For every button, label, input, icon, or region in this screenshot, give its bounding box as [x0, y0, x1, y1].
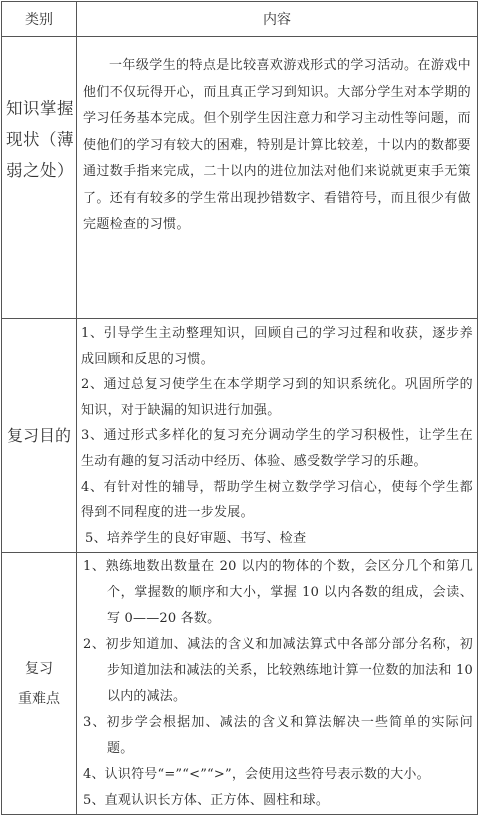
content-key-points: 1、熟练地数出数量在 20 以内的物体的个数，会区分几个和第几个，掌握数的顺序和… [77, 553, 478, 735]
header-content: 内容 [77, 2, 478, 37]
purpose-item-4: 4、有针对性的辅导，帮助学生树立数学学习信心，使每个学生都得到不同程度的进一步发… [77, 475, 477, 526]
content-knowledge-status: 一年级学生的特点是比较喜欢游戏形式的学习活动。在游戏中他们不仅玩得开心，而且真正… [77, 37, 478, 319]
review-plan-table: 类别 内容 知识掌握现状（薄弱之处） 一年级学生的特点是比较喜欢游戏形式的学习活… [1, 1, 478, 734]
category-key-points-line1: 复习 [2, 654, 76, 684]
category-knowledge-status: 知识掌握现状（薄弱之处） [2, 37, 77, 319]
key-point-item-3: 3、初步学会根据加、减法的含义和算法解决一些简单的实际问题。 [77, 710, 477, 734]
table-row-key-points: 复习 重难点 1、熟练地数出数量在 20 以内的物体的个数，会区分几个和第几个，… [2, 553, 478, 735]
knowledge-status-paragraph: 一年级学生的特点是比较喜欢游戏形式的学习活动。在游戏中他们不仅玩得开心，而且真正… [77, 53, 477, 239]
purpose-item-2: 2、通过总复习使学生在本学期学习到的知识系统化。巩固所学的知识，对于缺漏的知识进… [77, 372, 477, 423]
key-point-item-2: 2、初步知道加、减法的含义和加减法算式中各部分部分名称，初步知道加法和减法的关系… [77, 632, 477, 710]
category-key-points: 复习 重难点 [2, 553, 77, 735]
table-header-row: 类别 内容 [2, 2, 478, 37]
purpose-item-5: 5、培养学生的良好审题、书写、检查 [77, 526, 477, 552]
table-row-knowledge-status: 知识掌握现状（薄弱之处） 一年级学生的特点是比较喜欢游戏形式的学习活动。在游戏中… [2, 37, 478, 319]
content-review-purpose: 1、引导学生主动整理知识，回顾自己的学习过程和收获，逐步养成回顾和反思的习惯。 … [77, 319, 478, 553]
header-category: 类别 [2, 2, 77, 37]
purpose-item-3: 3、通过形式多样化的复习充分调动学生的学习积极性，让学生在生动有趣的复习活动中经… [77, 423, 477, 474]
key-point-item-1: 1、熟练地数出数量在 20 以内的物体的个数，会区分几个和第几个，掌握数的顺序和… [77, 554, 477, 632]
category-review-purpose: 复习目的 [2, 319, 77, 553]
purpose-item-1: 1、引导学生主动整理知识，回顾自己的学习过程和收获，逐步养成回顾和反思的习惯。 [77, 321, 477, 372]
table-row-review-purpose: 复习目的 1、引导学生主动整理知识，回顾自己的学习过程和收获，逐步养成回顾和反思… [2, 319, 478, 553]
category-key-points-line2: 重难点 [2, 684, 76, 714]
